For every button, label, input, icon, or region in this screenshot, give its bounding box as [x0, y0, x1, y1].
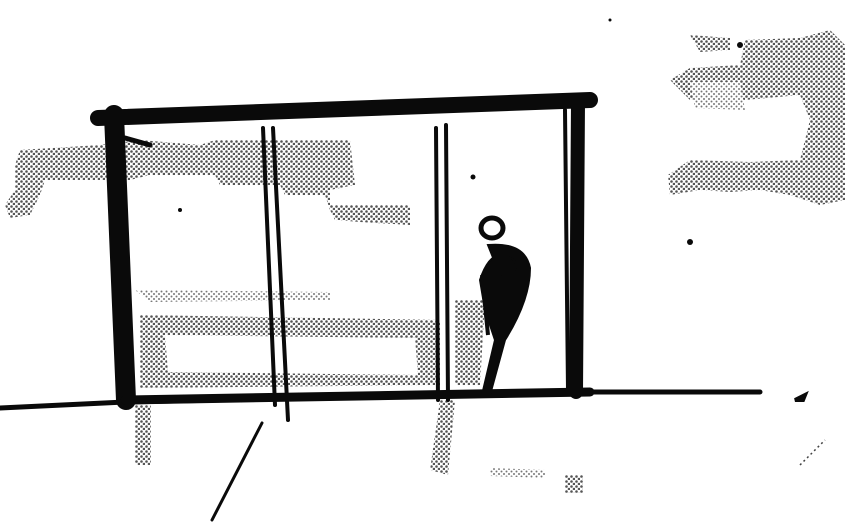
path-line: [212, 423, 262, 520]
background-foliage-left: [5, 140, 410, 225]
right-column: [576, 102, 578, 392]
reflection-shading: [135, 400, 583, 493]
roof-beam: [98, 100, 590, 118]
interior-bench-shading: [135, 290, 485, 388]
human-figure: [480, 218, 530, 395]
left-column: [114, 115, 126, 400]
mullion-right: [436, 128, 438, 400]
pavilion-sketch: [0, 0, 847, 522]
background-foliage-right: [668, 30, 845, 205]
pavilion-frame: [0, 100, 760, 520]
